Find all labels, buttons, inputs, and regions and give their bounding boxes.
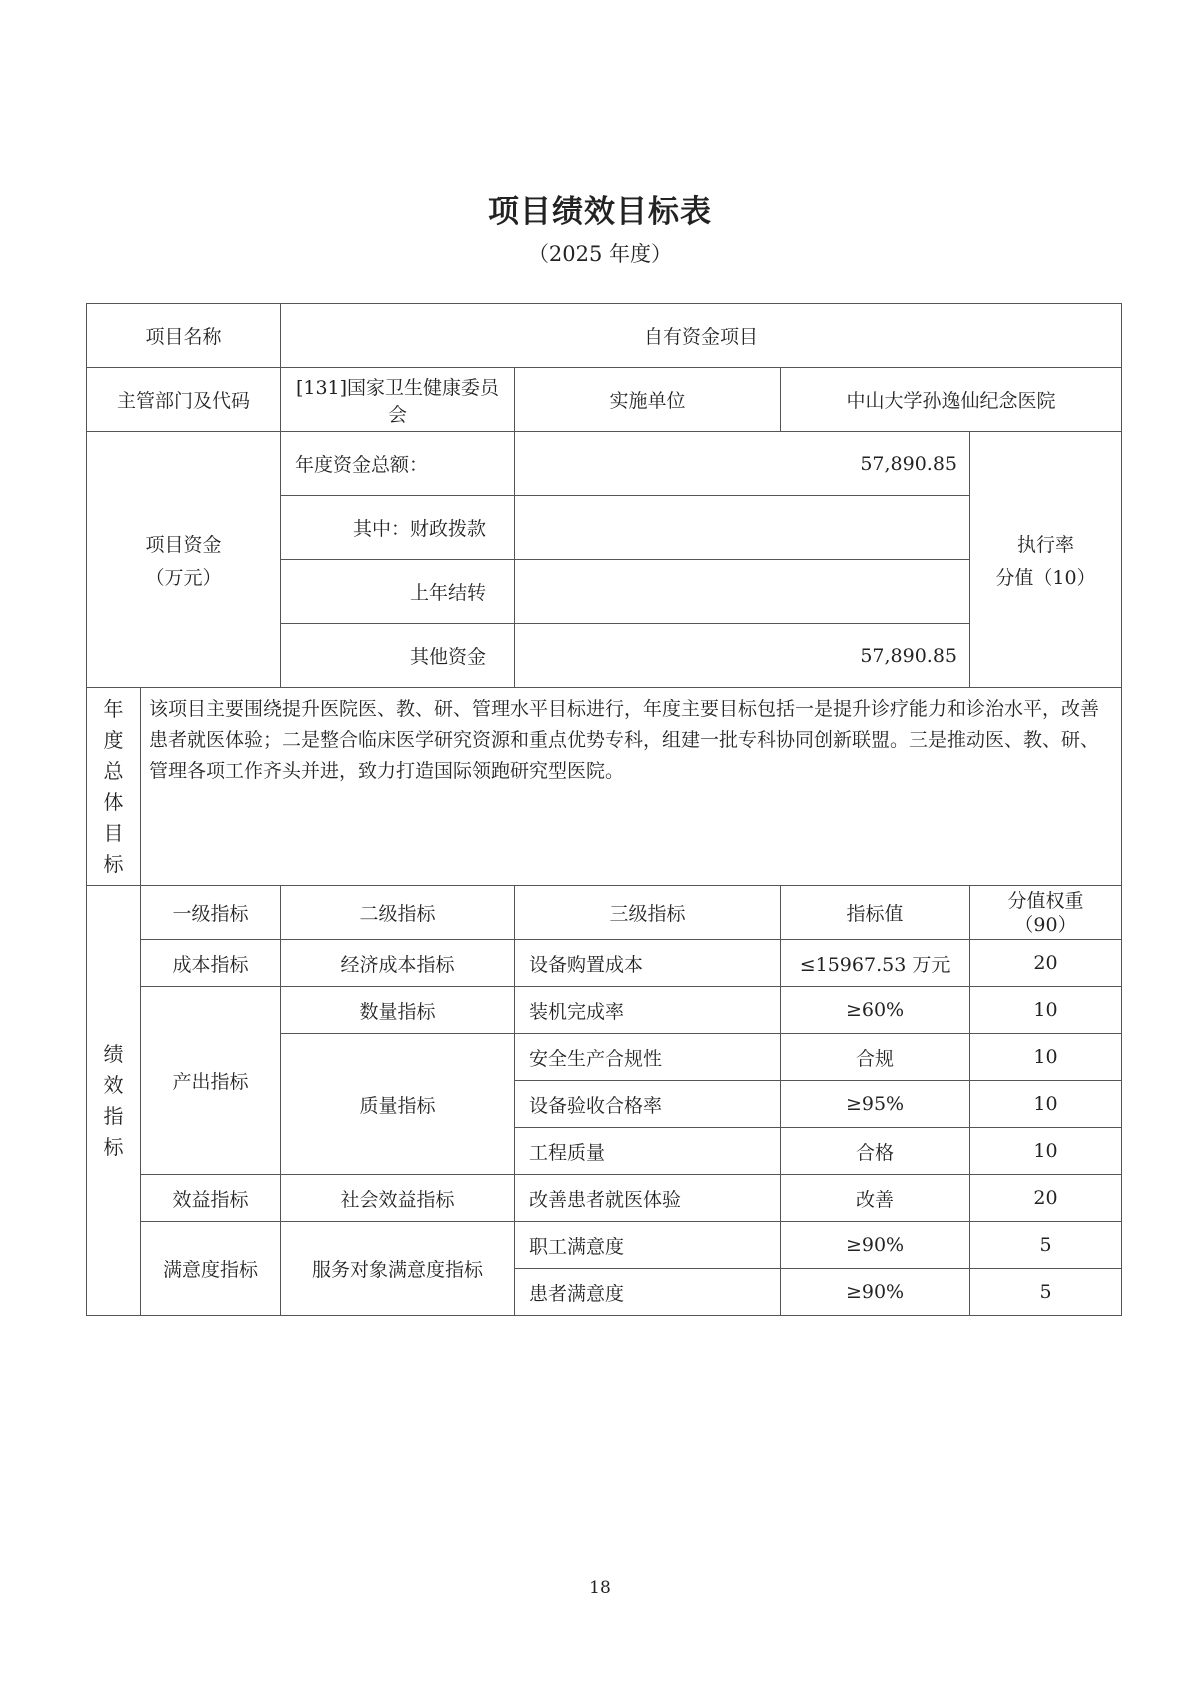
goal-label-char: 年 <box>87 694 140 725</box>
value-cell: ≤15967.53 万元 <box>781 940 970 987</box>
funds-other-value: 57,890.85 <box>515 624 970 688</box>
header-level2: 二级指标 <box>281 886 515 940</box>
goal-label-char: 体 <box>87 787 140 818</box>
project-name-label: 项目名称 <box>87 304 281 368</box>
value-cell: ≥90% <box>781 1269 970 1316</box>
goal-label-char: 标 <box>87 849 140 880</box>
indicator-label-char: 标 <box>87 1132 140 1163</box>
unit-value: 中山大学孙逸仙纪念医院 <box>781 368 1122 432</box>
funds-other-label: 其他资金 <box>281 624 515 688</box>
header-level1: 一级指标 <box>141 886 281 940</box>
level2-quality: 质量指标 <box>281 1034 515 1175</box>
dept-label: 主管部门及代码 <box>87 368 281 432</box>
level2-economic-cost: 经济成本指标 <box>281 940 515 987</box>
level3-cell: 安全生产合规性 <box>515 1034 781 1081</box>
performance-target-table: 项目名称 自有资金项目 主管部门及代码 [131]国家卫生健康委员会 实施单位 … <box>86 303 1122 1316</box>
funds-total-value: 57,890.85 <box>515 432 970 496</box>
level3-cell: 装机完成率 <box>515 987 781 1034</box>
weight-cell: 10 <box>970 1081 1122 1128</box>
value-cell: ≥60% <box>781 987 970 1034</box>
header-weight-line2: （90） <box>976 913 1115 937</box>
unit-label: 实施单位 <box>515 368 781 432</box>
execution-rate-label: 执行率 分值（10） <box>970 432 1122 688</box>
page-number: 18 <box>0 1578 1200 1598</box>
table-row: 成本指标 经济成本指标 设备购置成本 ≤15967.53 万元 20 <box>87 940 1122 987</box>
funds-fiscal-value <box>515 496 970 560</box>
weight-cell: 10 <box>970 1128 1122 1175</box>
department-row: 主管部门及代码 [131]国家卫生健康委员会 实施单位 中山大学孙逸仙纪念医院 <box>87 368 1122 432</box>
level3-cell: 设备购置成本 <box>515 940 781 987</box>
value-cell: ≥90% <box>781 1222 970 1269</box>
level3-cell: 工程质量 <box>515 1128 781 1175</box>
goal-label-char: 目 <box>87 818 140 849</box>
document-title: 项目绩效目标表 <box>0 186 1200 231</box>
weight-cell: 10 <box>970 987 1122 1034</box>
header-level3: 三级指标 <box>515 886 781 940</box>
indicator-header-row: 绩 效 指 标 一级指标 二级指标 三级指标 指标值 分值权重 （90） <box>87 886 1122 940</box>
funds-label-line1: 项目资金 <box>93 530 274 557</box>
level1-satisfaction: 满意度指标 <box>141 1222 281 1316</box>
indicator-label-char: 指 <box>87 1101 140 1132</box>
funds-total-label: 年度资金总额： <box>281 432 515 496</box>
weight-cell: 5 <box>970 1269 1122 1316</box>
level1-output: 产出指标 <box>141 987 281 1175</box>
value-cell: 合规 <box>781 1034 970 1081</box>
value-cell: 合格 <box>781 1128 970 1175</box>
level3-cell: 职工满意度 <box>515 1222 781 1269</box>
weight-cell: 20 <box>970 940 1122 987</box>
weight-cell: 10 <box>970 1034 1122 1081</box>
level3-cell: 设备验收合格率 <box>515 1081 781 1128</box>
funds-label: 项目资金 （万元） <box>87 432 281 688</box>
value-cell: 改善 <box>781 1175 970 1222</box>
project-name-row: 项目名称 自有资金项目 <box>87 304 1122 368</box>
header-weight-line1: 分值权重 <box>976 889 1115 913</box>
header-weight: 分值权重 （90） <box>970 886 1122 940</box>
funds-carryover-value <box>515 560 970 624</box>
table-row: 效益指标 社会效益指标 改善患者就医体验 改善 20 <box>87 1175 1122 1222</box>
annual-goal-row: 年 度 总 体 目 标 该项目主要围绕提升医院医、教、研、管理水平目标进行，年度… <box>87 688 1122 886</box>
header-value: 指标值 <box>781 886 970 940</box>
level1-cost: 成本指标 <box>141 940 281 987</box>
dept-value: [131]国家卫生健康委员会 <box>281 368 515 432</box>
annual-goal-text: 该项目主要围绕提升医院医、教、研、管理水平目标进行，年度主要目标包括一是提升诊疗… <box>141 688 1122 886</box>
level3-cell: 患者满意度 <box>515 1269 781 1316</box>
exec-line1: 执行率 <box>976 530 1115 557</box>
project-name-value: 自有资金项目 <box>281 304 1122 368</box>
weight-cell: 20 <box>970 1175 1122 1222</box>
level1-benefit: 效益指标 <box>141 1175 281 1222</box>
indicator-label-char: 效 <box>87 1070 140 1101</box>
funds-row: 项目资金 （万元） 年度资金总额： 57,890.85 执行率 分值（10） <box>87 432 1122 496</box>
level2-social-benefit: 社会效益指标 <box>281 1175 515 1222</box>
table-row: 产出指标 数量指标 装机完成率 ≥60% 10 <box>87 987 1122 1034</box>
funds-carryover-label: 上年结转 <box>281 560 515 624</box>
indicator-label-char: 绩 <box>87 1039 140 1070</box>
document-subtitle: （2025 年度） <box>0 238 1200 268</box>
level2-quantity: 数量指标 <box>281 987 515 1034</box>
exec-line2: 分值（10） <box>976 563 1115 590</box>
table-row: 满意度指标 服务对象满意度指标 职工满意度 ≥90% 5 <box>87 1222 1122 1269</box>
annual-goal-label: 年 度 总 体 目 标 <box>87 688 141 886</box>
indicators-label: 绩 效 指 标 <box>87 886 141 1316</box>
weight-cell: 5 <box>970 1222 1122 1269</box>
level3-cell: 改善患者就医体验 <box>515 1175 781 1222</box>
value-cell: ≥95% <box>781 1081 970 1128</box>
goal-label-char: 总 <box>87 756 140 787</box>
goal-label-char: 度 <box>87 725 140 756</box>
funds-fiscal-label: 其中：财政拨款 <box>281 496 515 560</box>
funds-label-line2: （万元） <box>93 563 274 590</box>
level2-service-satisfaction: 服务对象满意度指标 <box>281 1222 515 1316</box>
